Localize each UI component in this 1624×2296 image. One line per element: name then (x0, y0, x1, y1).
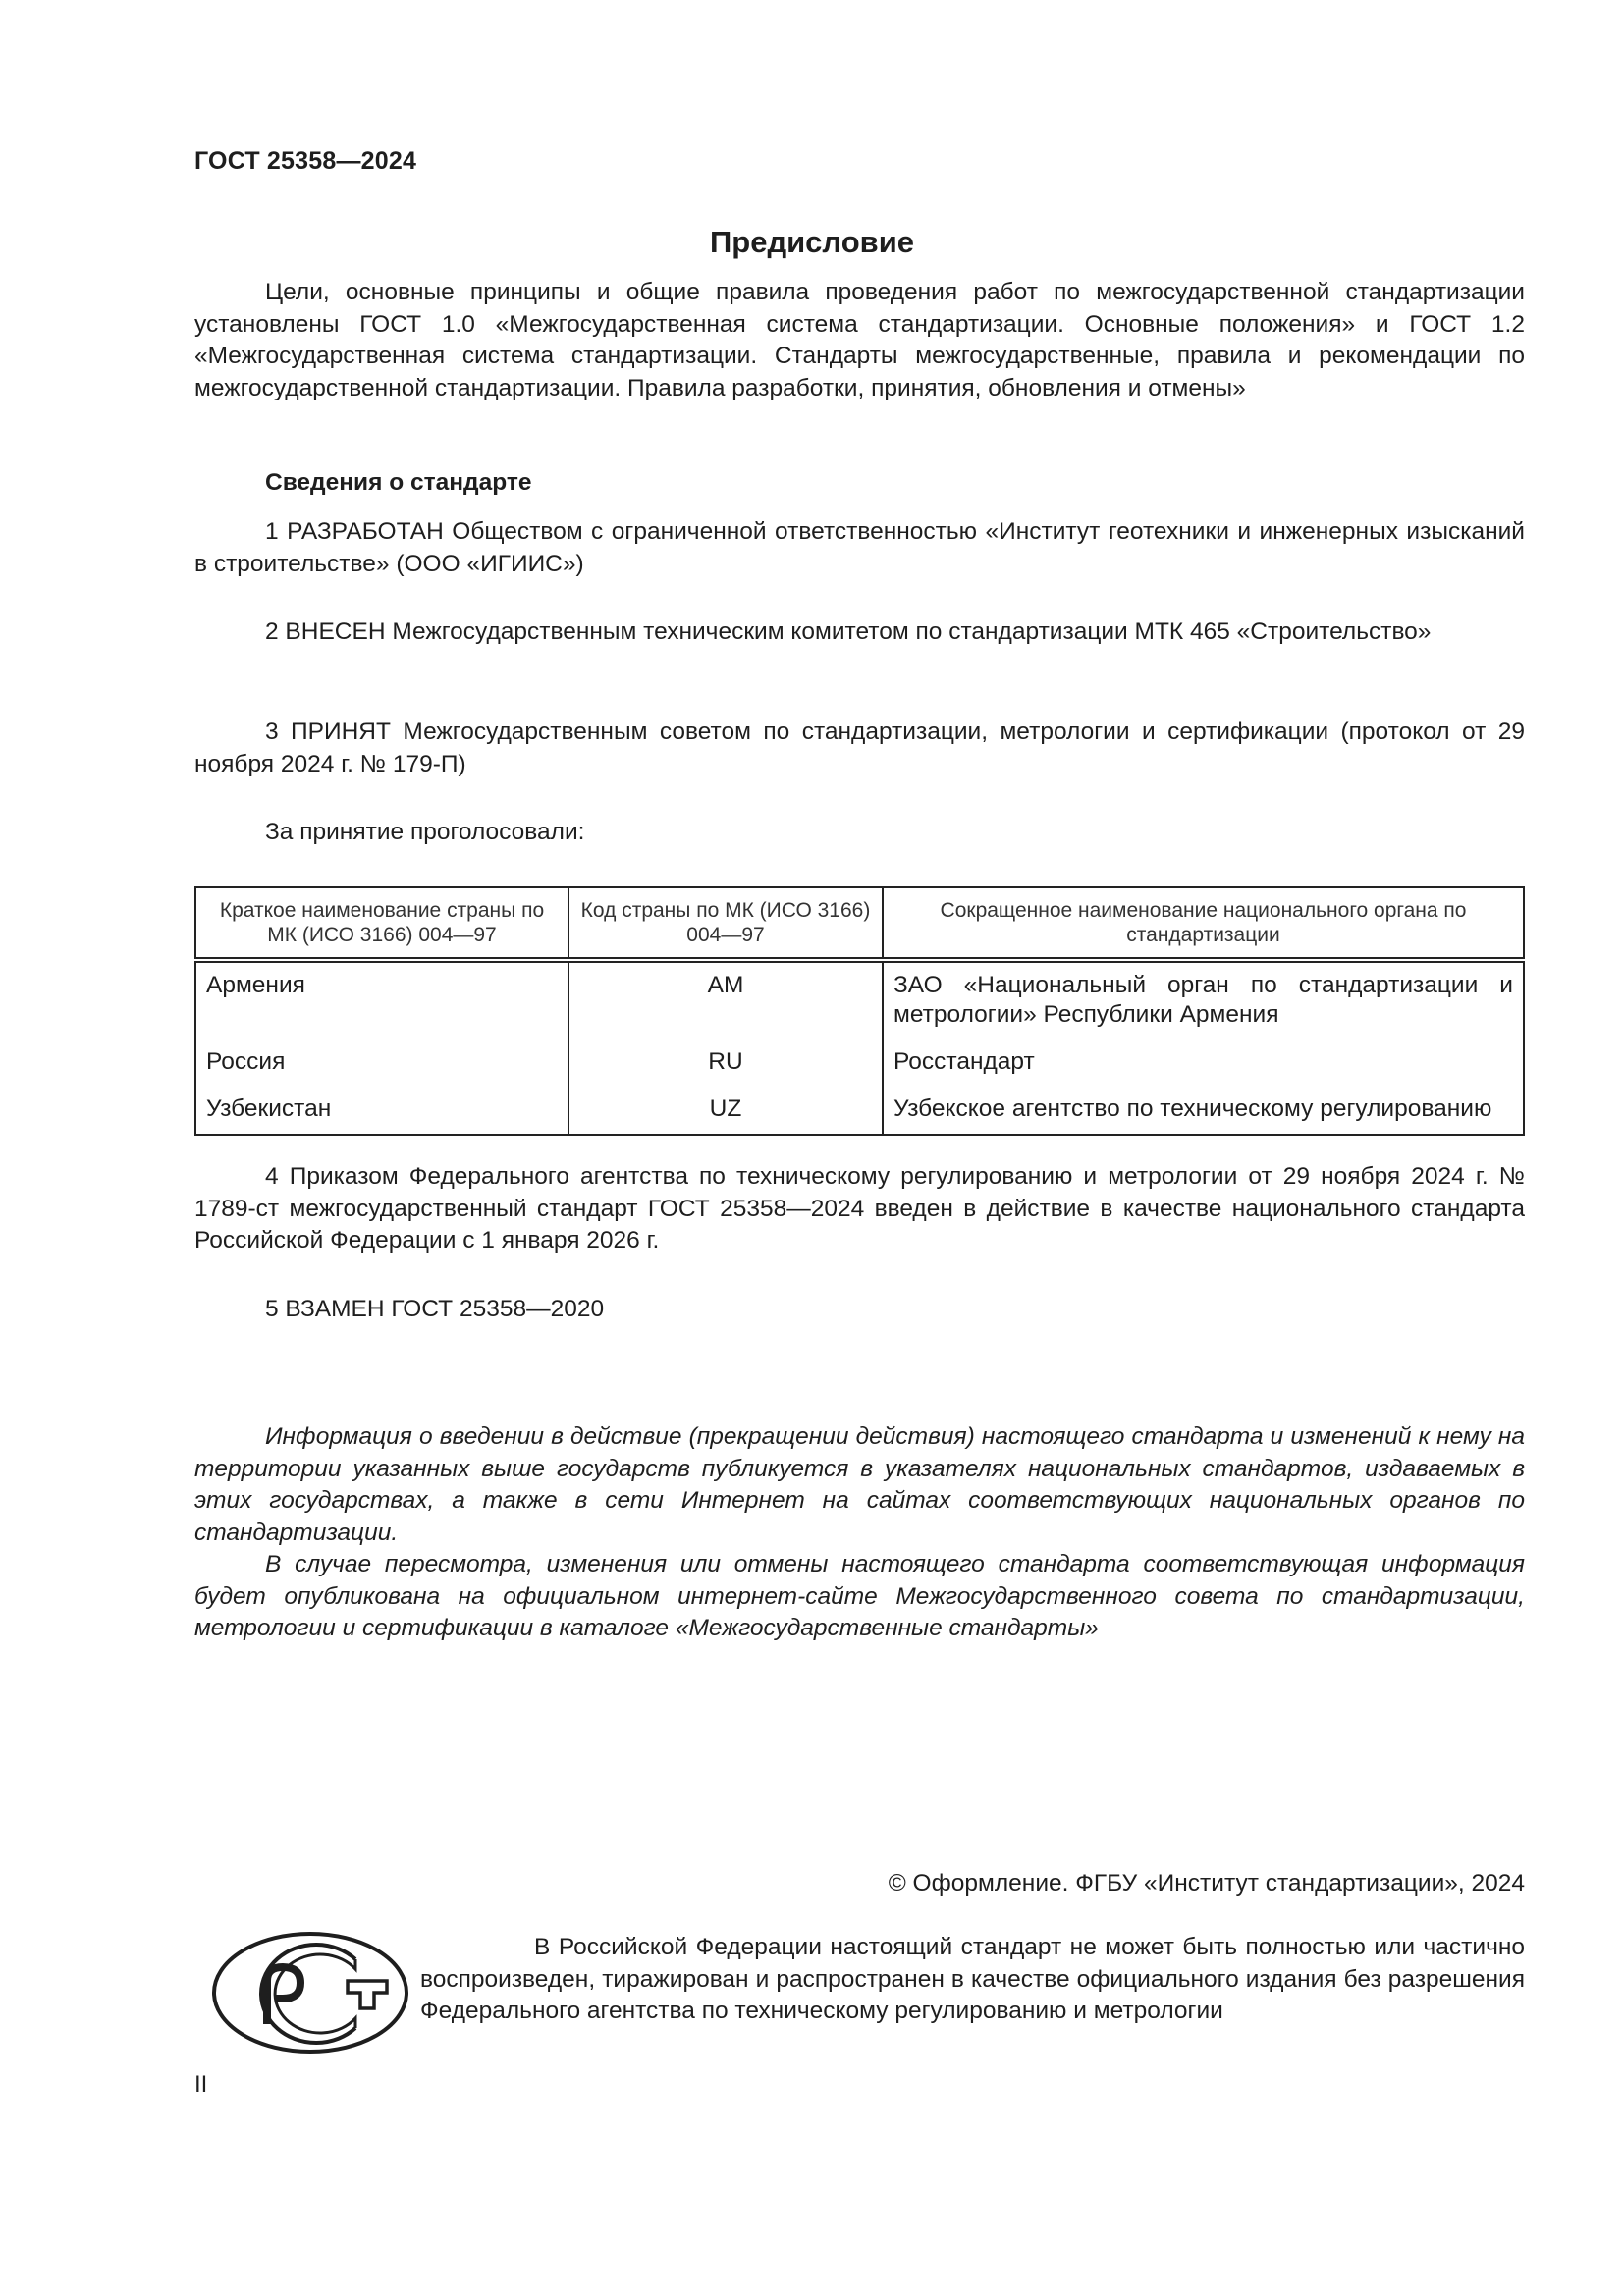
page-number: II (194, 2071, 207, 2099)
item-1: 1 РАЗРАБОТАН Обществом с ограниченной от… (194, 516, 1525, 580)
cell-country: Узбекистан (195, 1095, 568, 1135)
cell-organ: Узбекское агентство по техническому регу… (883, 1095, 1524, 1135)
rst-certification-mark-icon (210, 1930, 410, 2056)
cell-country: Россия (195, 1047, 568, 1095)
cell-code: UZ (568, 1095, 883, 1135)
info-note-1: Информация о введении в действие (прекра… (194, 1421, 1525, 1549)
document-code: ГОСТ 25358—2024 (194, 147, 416, 176)
cell-code: AM (568, 960, 883, 1047)
column-header-country: Краткое наименование страны по МК (ИСО 3… (195, 887, 568, 960)
cell-organ: Росстандарт (883, 1047, 1524, 1095)
intro-paragraph: Цели, основные принципы и общие правила … (194, 277, 1525, 404)
vote-table: Краткое наименование страны по МК (ИСО 3… (194, 886, 1525, 1136)
reproduction-notice: В Российской Федерации настоящий стандар… (420, 1932, 1525, 2028)
table-row: Армения AM ЗАО «Национальный орган по ст… (195, 960, 1524, 1047)
section-heading: Сведения о стандарте (194, 467, 1525, 500)
column-header-code: Код страны по МК (ИСО 3166) 004—97 (568, 887, 883, 960)
table-header-row: Краткое наименование страны по МК (ИСО 3… (195, 887, 1524, 960)
table-row: Узбекистан UZ Узбекское агентство по тех… (195, 1095, 1524, 1135)
column-header-organ: Сокращенное наименование национального о… (883, 887, 1524, 960)
item-5: 5 ВЗАМЕН ГОСТ 25358—2020 (194, 1294, 1525, 1326)
info-note-2: В случае пересмотра, изменения или отмен… (194, 1549, 1525, 1645)
reproduction-notice-text: В Российской Федерации настоящий стандар… (420, 1932, 1525, 2028)
item-3: 3 ПРИНЯТ Межгосударственным советом по с… (194, 717, 1525, 780)
table-row: Россия RU Росстандарт (195, 1047, 1524, 1095)
copyright-notice: © Оформление. ФГБУ «Институт стандартиза… (889, 1870, 1525, 1897)
item-4: 4 Приказом Федерального агентства по тех… (194, 1161, 1525, 1257)
vote-intro: За принятие проголосовали: (194, 817, 1525, 849)
cell-country: Армения (195, 960, 568, 1047)
page-title: Предисловие (0, 225, 1624, 260)
cell-organ: ЗАО «Национальный орган по стандартизаци… (883, 960, 1524, 1047)
cell-code: RU (568, 1047, 883, 1095)
item-2: 2 ВНЕСЕН Межгосударственным техническим … (194, 616, 1525, 649)
